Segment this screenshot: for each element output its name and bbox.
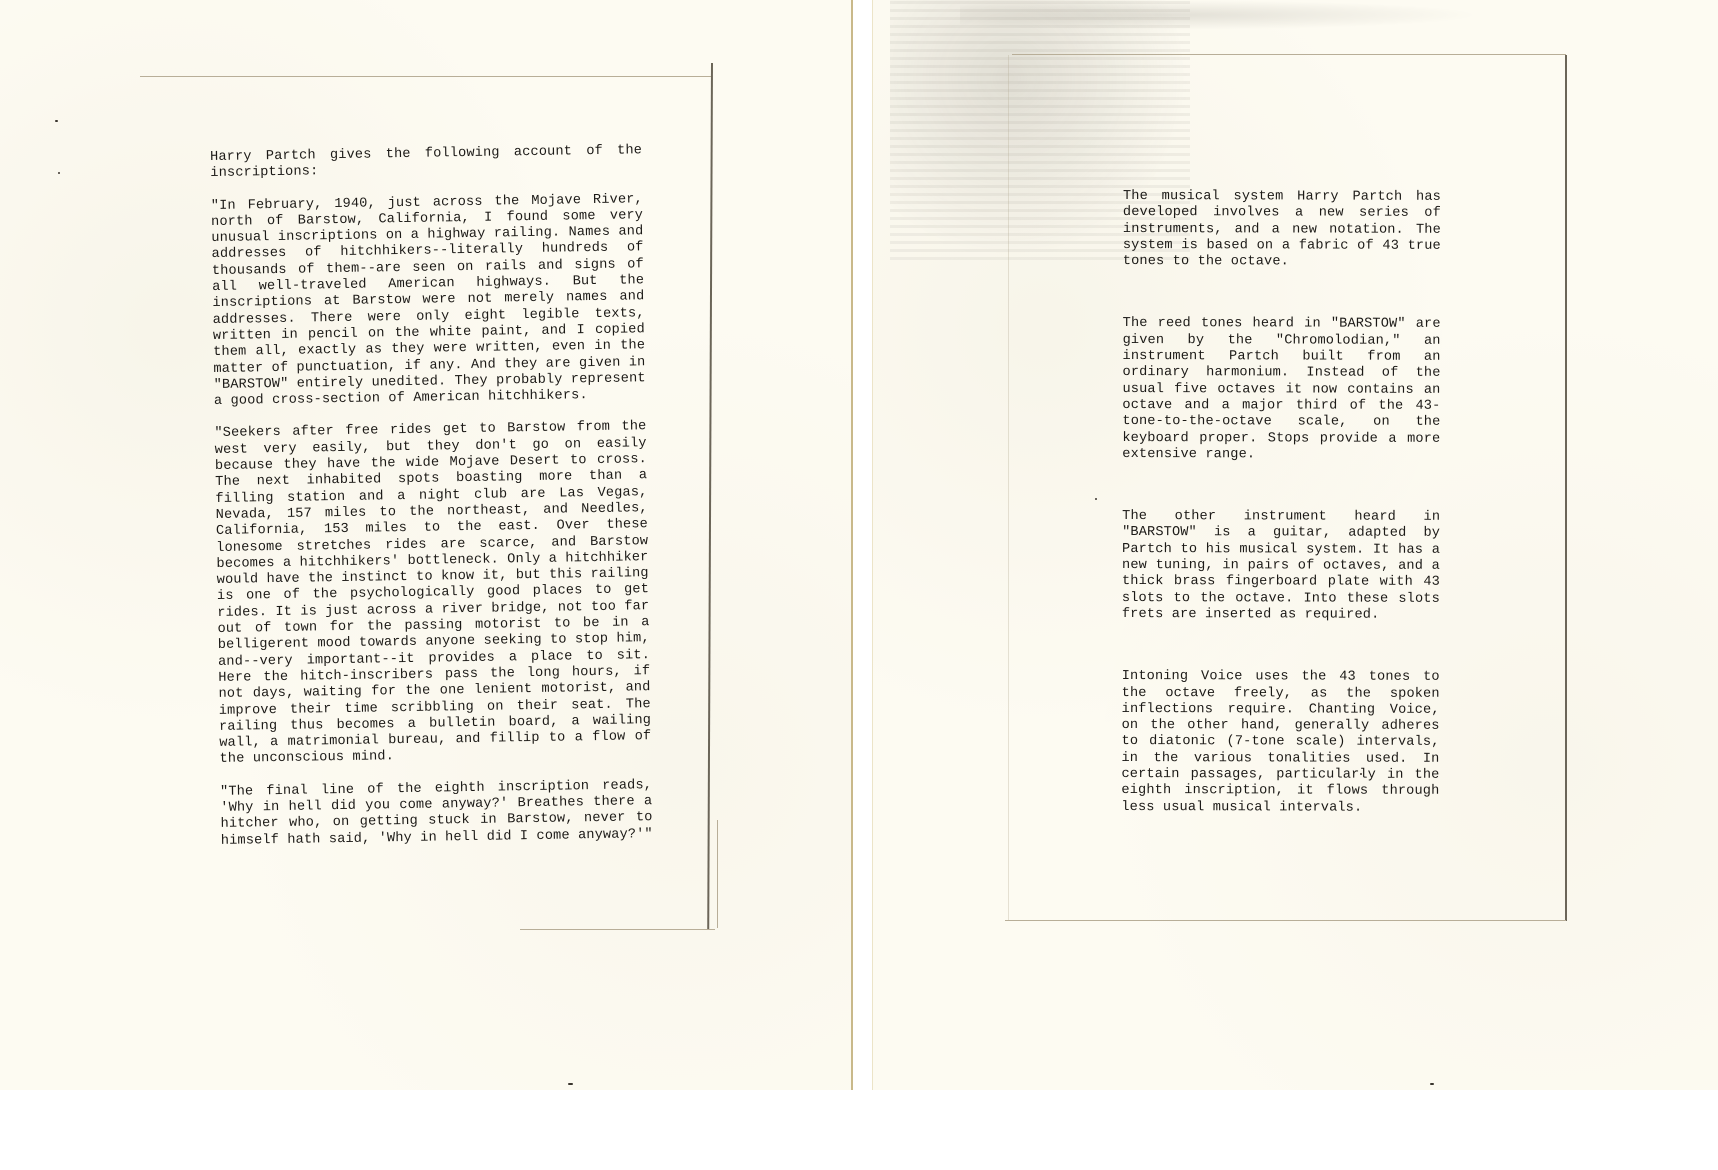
speck xyxy=(568,1083,573,1085)
left-frame-right-inner xyxy=(717,820,718,928)
paragraph-discovery: "In February, 1940, just across the Moja… xyxy=(211,192,646,411)
paragraph-intro: Harry Partch gives the following account… xyxy=(210,143,642,182)
left-frame-bottom xyxy=(520,929,715,930)
speck xyxy=(1430,1083,1434,1085)
paragraph-guitar: The other instrument heard in "BARSTOW" … xyxy=(1122,509,1440,624)
speck xyxy=(1095,498,1097,500)
left-frame-top xyxy=(140,76,712,77)
right-frame-right xyxy=(1565,55,1567,921)
paragraph-musical-system: The musical system Harry Partch has deve… xyxy=(1123,189,1441,271)
paragraph-voices: Intoning Voice uses the 43 tones to the … xyxy=(1121,669,1439,817)
page-gutter xyxy=(853,0,872,1090)
right-frame-bottom xyxy=(1005,920,1566,921)
paragraph-barstow-bottleneck: "Seekers after free rides get to Barstow… xyxy=(214,420,651,769)
toner-smudge-top xyxy=(960,0,1480,30)
paragraph-chromolodian: The reed tones heard in "BARSTOW" are gi… xyxy=(1122,316,1440,464)
paragraph-final-line: "The final line of the eighth inscriptio… xyxy=(220,778,653,850)
speck xyxy=(58,172,60,174)
right-frame-top xyxy=(1012,54,1566,55)
right-frame-left xyxy=(1008,55,1009,920)
right-page-text: The musical system Harry Partch has deve… xyxy=(1121,189,1441,863)
left-page-text: Harry Partch gives the following account… xyxy=(210,143,653,866)
speck xyxy=(55,120,58,122)
